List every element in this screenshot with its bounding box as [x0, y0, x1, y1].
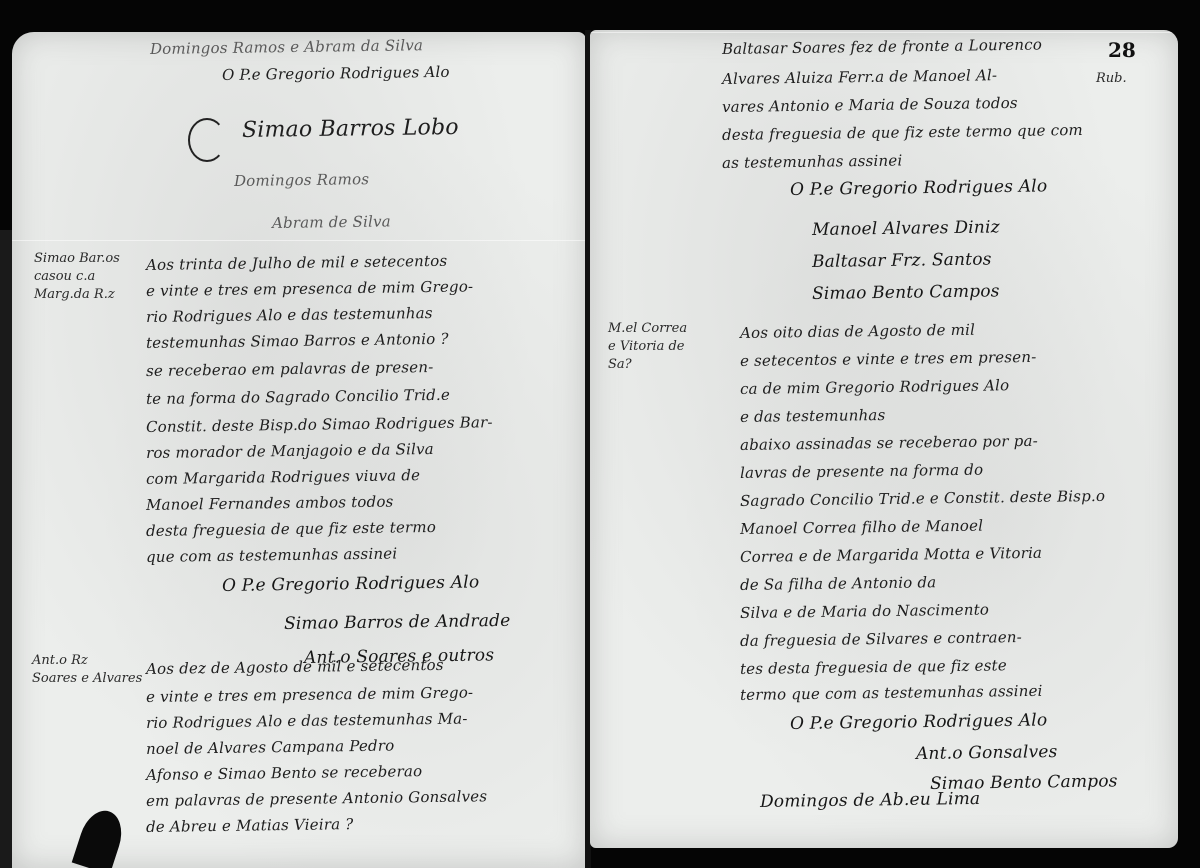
- entry-1-line: rio Rodrigues Alo e das testemunhas: [146, 304, 433, 326]
- entry-3-line: ca de mim Gregorio Rodrigues Alo: [740, 376, 1010, 398]
- margin-note-line: Marg.da R.z: [34, 286, 120, 304]
- entry-1-line: ros morador de Manjagoio e da Silva: [146, 440, 434, 462]
- entry-2-line: de Abreu e Matias Vieira ?: [146, 815, 354, 836]
- entry-3-line: Aos oito dias de Agosto de mil: [740, 321, 975, 342]
- right-top-line: desta freguesia de que fiz este termo qu…: [722, 121, 1083, 144]
- right-top-line: vares Antonio e Maria de Souza todos: [722, 94, 1018, 116]
- entry-3-line: abaixo assinadas se receberao por pa-: [740, 432, 1038, 454]
- margin-note-entry-3: M.el Correa e Vitoria de Sa?: [608, 320, 687, 374]
- right-signature-1: Manoel Alvares Diniz: [812, 217, 1000, 240]
- entry-1-line: que com as testemunhas assinei: [146, 544, 398, 566]
- left-signature-3: Abram de Silva: [272, 212, 391, 232]
- margin-note-line: Sa?: [608, 356, 687, 374]
- entry-3-line: de Sa filha de Antonio da: [740, 573, 937, 594]
- entry-2-line: e vinte e tres em presenca de mim Grego-: [146, 683, 474, 706]
- entry-1-officiant: O P.e Gregorio Rodrigues Alo: [222, 572, 480, 596]
- entry-3-officiant: O P.e Gregorio Rodrigues Alo: [790, 710, 1048, 734]
- entry-1-line: com Margarida Rodrigues viuva de: [146, 466, 420, 488]
- entry-3-line: tes desta freguesia de que fiz este: [740, 656, 1007, 678]
- right-signature-2: Baltasar Frz. Santos: [812, 249, 992, 272]
- margin-note-line: Soares e Alvares: [32, 670, 142, 688]
- right-signature-3: Simao Bento Campos: [812, 281, 1000, 304]
- scan-artifact-line: [12, 240, 586, 241]
- entry-3-line: da freguesia de Silvares e contraen-: [740, 628, 1022, 650]
- margin-note-line: e Vitoria de: [608, 338, 687, 356]
- right-top-line: Baltasar Soares fez de fronte a Lourenco: [722, 36, 1042, 58]
- page-number: 28: [1108, 38, 1136, 62]
- entry-3-line: e das testemunhas: [740, 406, 886, 426]
- entry-3-line: lavras de presente na forma do: [740, 461, 984, 482]
- entry-2-line: Aos dez de Agosto de mil e setecentos: [146, 656, 444, 678]
- entry-3-line: Sagrado Concilio Trid.e e Constit. deste…: [740, 487, 1105, 510]
- entry-1-signature-1: Simao Barros de Andrade: [284, 611, 511, 634]
- entry-3-line: Manoel Correa filho de Manoel: [740, 517, 983, 538]
- entry-1-line: testemunhas Simao Barros e Antonio ?: [146, 330, 449, 352]
- folio-mark: Rub.: [1096, 70, 1127, 88]
- right-page: 28 Rub. Baltasar Soares fez de fronte a …: [590, 30, 1178, 848]
- entry-1-line: Aos trinta de Julho de mil e setecentos: [146, 252, 448, 274]
- entry-2-line: rio Rodrigues Alo e das testemunhas Ma-: [146, 710, 468, 732]
- entry-3-line: termo que com as testemunhas assinei: [740, 682, 1043, 704]
- right-officiant-1: O P.e Gregorio Rodrigues Alo: [790, 176, 1048, 200]
- margin-note-line: Simao Bar.os: [34, 250, 120, 268]
- left-signature-1: Simao Barros Lobo: [242, 115, 459, 143]
- entry-1-line: e vinte e tres em presenca de mim Grego-: [146, 277, 474, 300]
- left-top-line-1: Domingos Ramos e Abram da Silva: [150, 36, 423, 58]
- entry-3-line: Silva e de Maria do Nascimento: [740, 601, 989, 622]
- margin-note-line: casou c.a: [34, 268, 120, 286]
- entry-3-line: Correa e de Margarida Motta e Vitoria: [740, 544, 1042, 566]
- entry-3-signature-1: Ant.o Gonsalves: [916, 742, 1058, 764]
- entry-1-line: Manoel Fernandes ambos todos: [146, 493, 394, 514]
- entry-1-line: desta freguesia de que fiz este termo: [146, 518, 436, 540]
- entry-1-line: se receberao em palavras de presen-: [146, 358, 434, 380]
- right-top-line: Alvares Aluiza Ferr.a de Manoel Al-: [722, 66, 998, 88]
- margin-note-line: Ant.o Rz: [32, 652, 142, 670]
- entry-1-line: Constit. deste Bisp.do Simao Rodrigues B…: [146, 413, 493, 436]
- left-page: Domingos Ramos e Abram da Silva O P.e Gr…: [12, 32, 586, 868]
- margin-note-entry-2: Ant.o Rz Soares e Alvares: [32, 652, 142, 688]
- left-officiant-top: O P.e Gregorio Rodrigues Alo: [222, 63, 450, 84]
- right-top-line: as testemunhas assinei: [722, 151, 903, 172]
- entry-3-signature-3: Domingos de Ab.eu Lima: [760, 789, 981, 812]
- left-signature-2: Domingos Ramos: [234, 170, 369, 190]
- signature-flourish-icon: [188, 118, 226, 162]
- margin-note-entry-1: Simao Bar.os casou c.a Marg.da R.z: [34, 250, 120, 304]
- margin-note-line: M.el Correa: [608, 320, 687, 338]
- entry-2-line: em palavras de presente Antonio Gonsalve…: [146, 787, 487, 810]
- entry-1-line: te na forma do Sagrado Concilio Trid.e: [146, 386, 450, 408]
- entry-2-line: noel de Alvares Campana Pedro: [146, 737, 395, 758]
- entry-3-line: e setecentos e vinte e tres em presen-: [740, 348, 1037, 370]
- entry-2-line: Afonso e Simao Bento se receberao: [146, 762, 423, 784]
- scan-artifact-line: [590, 32, 1178, 33]
